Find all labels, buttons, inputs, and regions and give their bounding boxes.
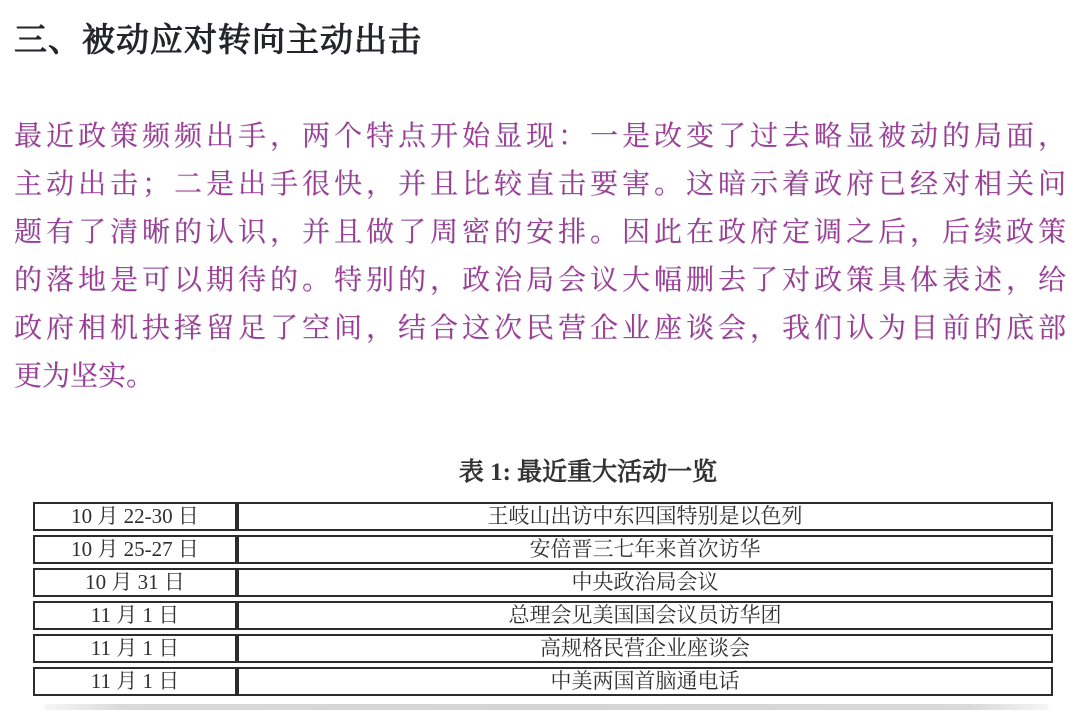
event-date-cell: 10 月 25-27 日 bbox=[33, 535, 237, 564]
table-caption: 表 1: 最近重大活动一览 bbox=[62, 456, 1080, 489]
event-date-cell: 11 月 1 日 bbox=[33, 634, 237, 663]
table-row: 10 月 31 日中央政治局会议 bbox=[33, 568, 1053, 597]
table-row: 11 月 1 日中美两国首脑通电话 bbox=[33, 667, 1053, 696]
table-row: 10 月 22-30 日王岐山出访中东四国特别是以色列 bbox=[33, 502, 1053, 531]
event-date-cell: 11 月 1 日 bbox=[33, 601, 237, 630]
body-paragraph: 最近政策频频出手，两个特点开始显现：一是改变了过去略显被动的局面，主动出击；二是… bbox=[14, 112, 1066, 400]
paragraph-line: 更为坚实。 bbox=[14, 352, 1066, 400]
paragraph-line: 主动出击；二是出手很快，并且比较直击要害。这暗示着政府已经对相关问 bbox=[14, 160, 1066, 208]
event-title-cell: 中美两国首脑通电话 bbox=[237, 667, 1053, 696]
next-table-hint bbox=[44, 704, 1049, 710]
event-date-cell: 11 月 1 日 bbox=[33, 667, 237, 696]
events-table: 10 月 22-30 日王岐山出访中东四国特别是以色列10 月 25-27 日安… bbox=[33, 498, 1053, 700]
event-title-cell: 高规格民营企业座谈会 bbox=[237, 634, 1053, 663]
paragraph-line: 题有了清晰的认识，并且做了周密的安排。因此在政府定调之后，后续政策 bbox=[14, 208, 1066, 256]
paragraph-line: 最近政策频频出手，两个特点开始显现：一是改变了过去略显被动的局面， bbox=[14, 112, 1066, 160]
event-title-cell: 总理会见美国国会议员访华团 bbox=[237, 601, 1053, 630]
table-row: 11 月 1 日总理会见美国国会议员访华团 bbox=[33, 601, 1053, 630]
document-page: 三、被动应对转向主动出击 最近政策频频出手，两个特点开始显现：一是改变了过去略显… bbox=[0, 0, 1080, 721]
events-table-body: 10 月 22-30 日王岐山出访中东四国特别是以色列10 月 25-27 日安… bbox=[33, 502, 1053, 696]
event-title-cell: 王岐山出访中东四国特别是以色列 bbox=[237, 502, 1053, 531]
event-title-cell: 中央政治局会议 bbox=[237, 568, 1053, 597]
table-row: 11 月 1 日高规格民营企业座谈会 bbox=[33, 634, 1053, 663]
section-heading: 三、被动应对转向主动出击 bbox=[14, 20, 1066, 60]
event-title-cell: 安倍晋三七年来首次访华 bbox=[237, 535, 1053, 564]
paragraph-line: 的落地是可以期待的。特别的，政治局会议大幅删去了对政策具体表述，给 bbox=[14, 256, 1066, 304]
table-row: 10 月 25-27 日安倍晋三七年来首次访华 bbox=[33, 535, 1053, 564]
paragraph-line: 政府相机抉择留足了空间，结合这次民营企业座谈会，我们认为目前的底部 bbox=[14, 304, 1066, 352]
event-date-cell: 10 月 31 日 bbox=[33, 568, 237, 597]
event-date-cell: 10 月 22-30 日 bbox=[33, 502, 237, 531]
